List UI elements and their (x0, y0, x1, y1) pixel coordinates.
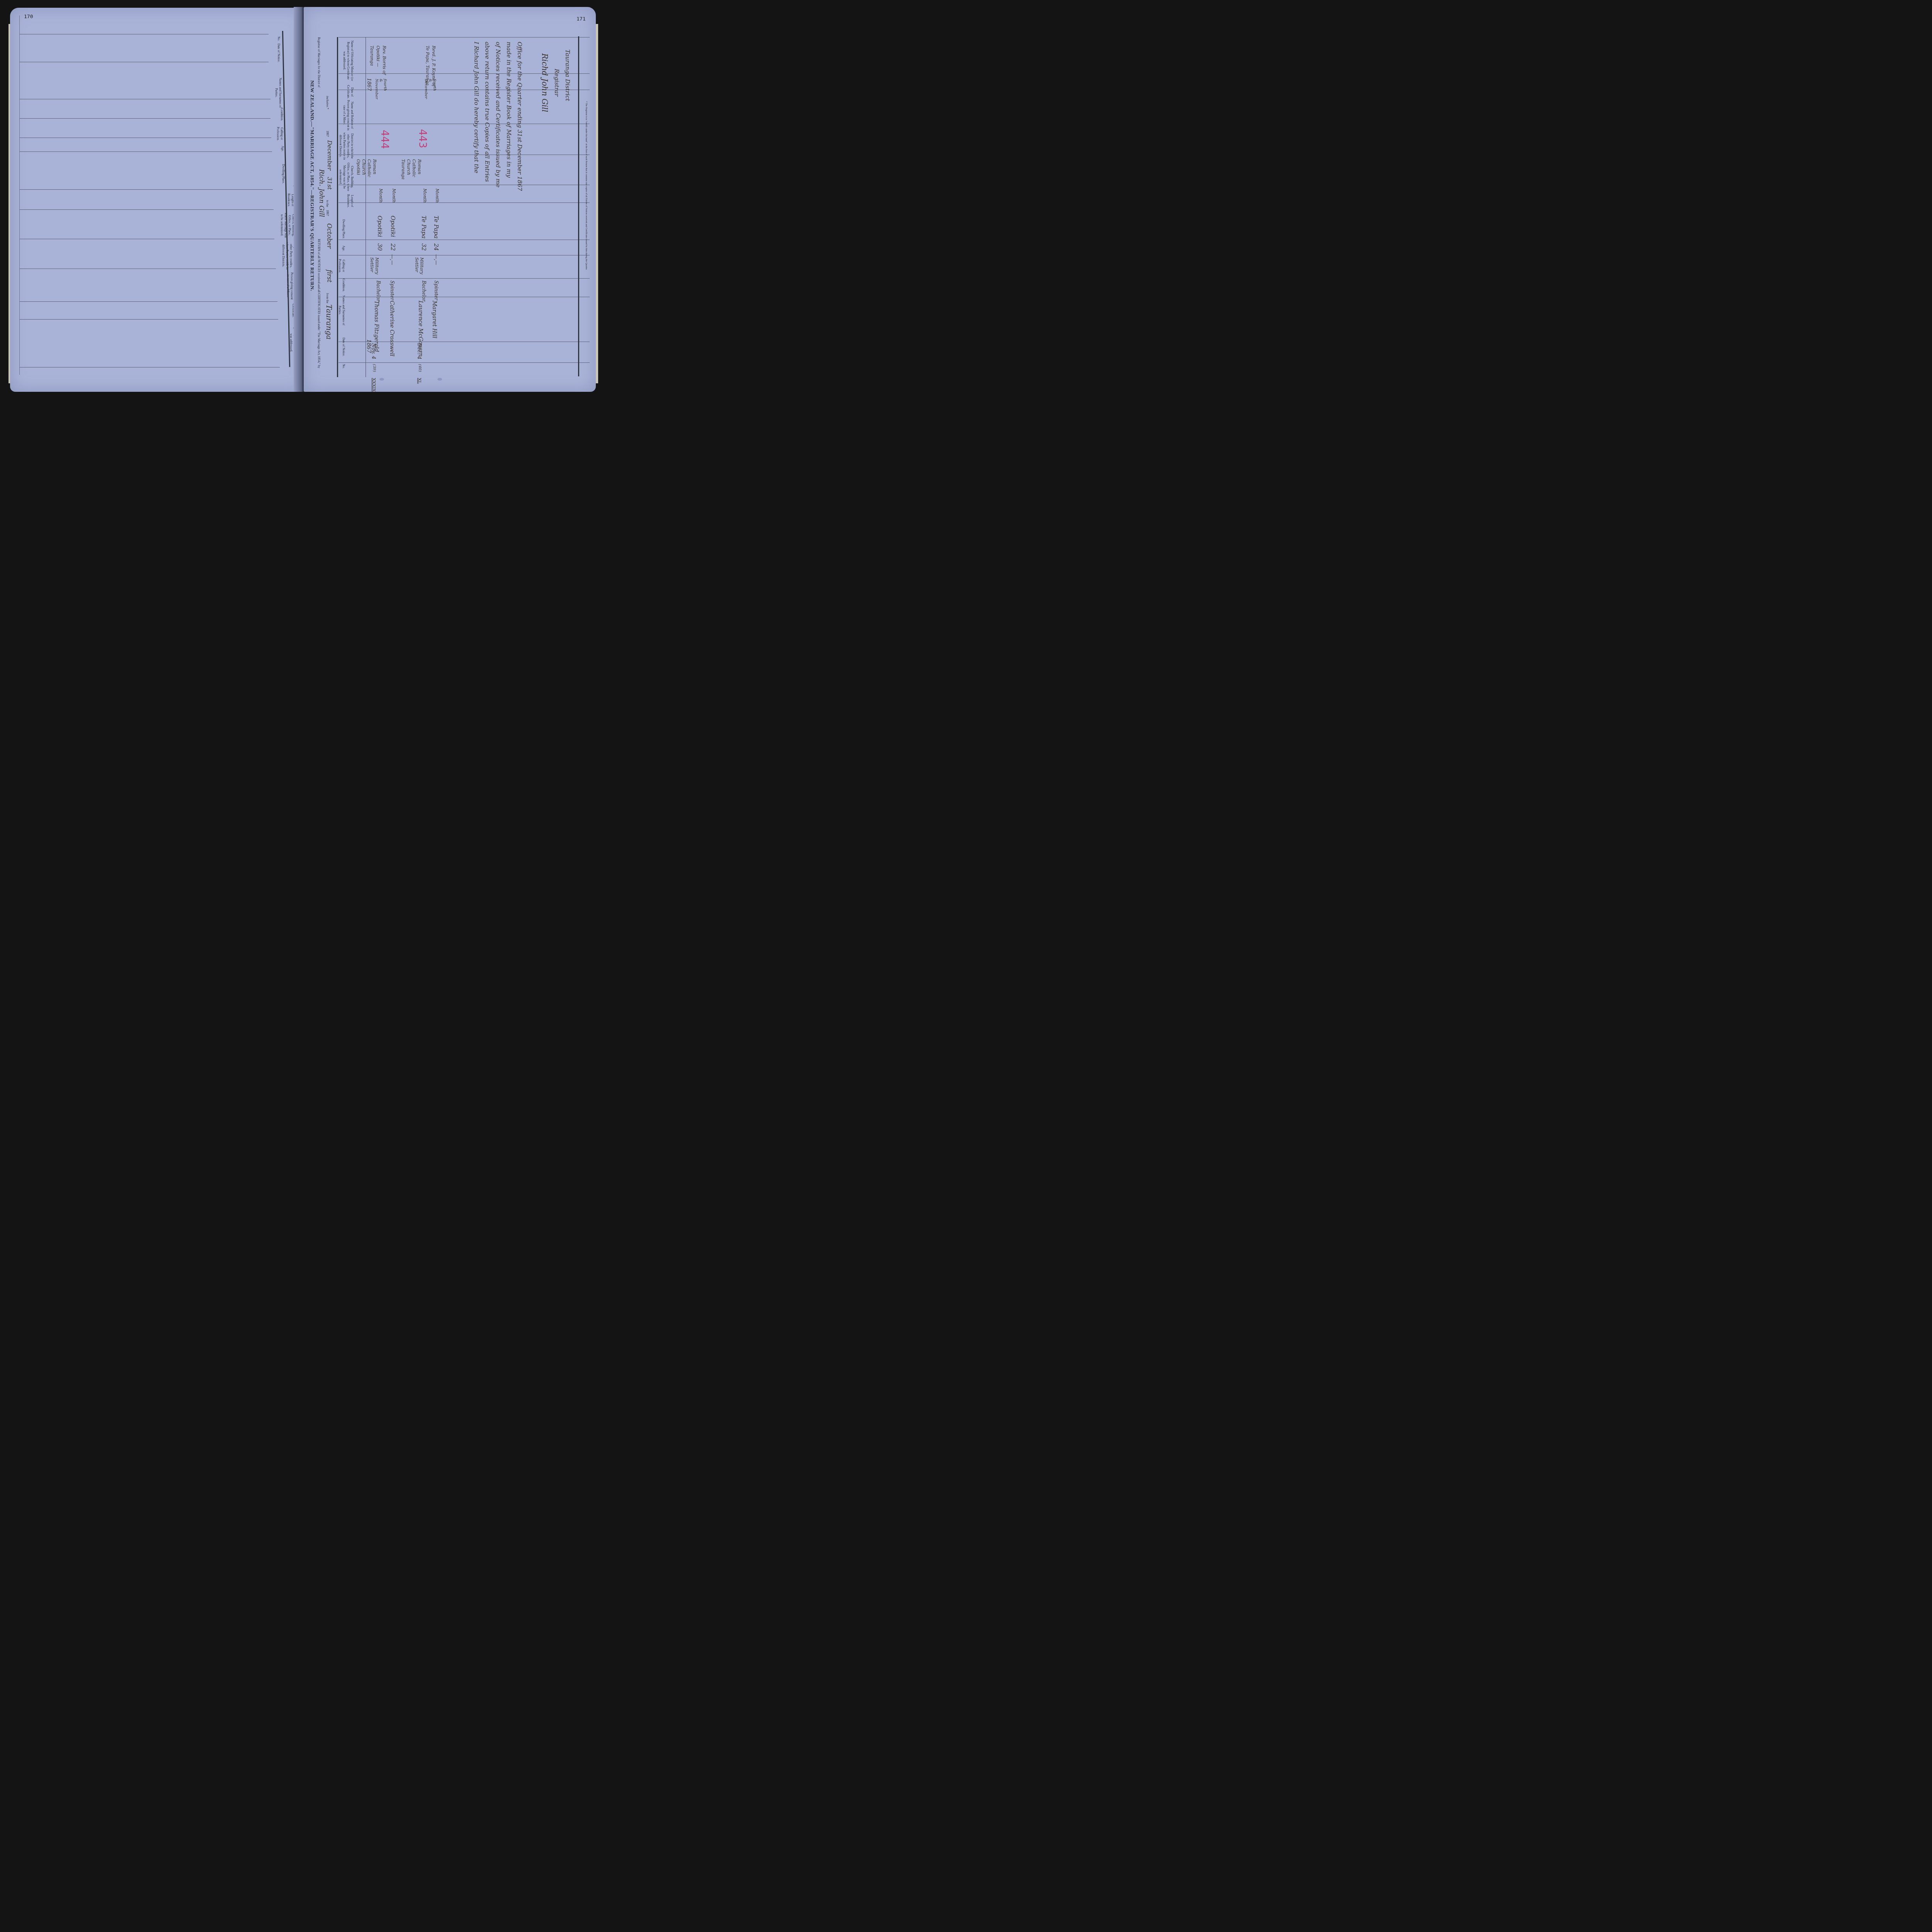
entry-minister: Revd. J. P. Koyne of Te Papa, Tauranga (424, 46, 437, 88)
binding-hole (379, 378, 384, 381)
entry-reg-number: 443 (417, 129, 428, 148)
row-rule (19, 189, 273, 190)
col-header-names: Names and Surnames of Parties. (274, 77, 282, 108)
col-header-calling: Calling or Profession. (338, 254, 345, 277)
binding-hole (437, 378, 442, 381)
margin-rule (19, 15, 20, 375)
inclusive-label: inclusive.* (326, 96, 329, 109)
right-page-title: NEW ZEALAND.—"MARRIAGE ACT, 1854."—REGIS… (309, 80, 315, 291)
entry-party1-dwelling: Te Papa (420, 216, 427, 238)
right-page: 171 NEW ZEALAND.—"MARRIAGE ACT, 1854."—R… (304, 7, 596, 392)
row-rule (19, 209, 274, 210)
entry-party1-condition: Bachelor (376, 281, 381, 301)
column-rule (338, 124, 590, 124)
from-date: first (326, 270, 333, 282)
to-label: to the (326, 200, 329, 207)
to-year: 1867 (326, 131, 329, 137)
from-month: October (326, 223, 333, 249)
entry-church: Roman Catholic Church Tauranga (400, 159, 422, 186)
column-rule (338, 155, 590, 155)
entry-reg-number: 444 (379, 130, 390, 149)
row-rule (19, 319, 278, 320)
entry-minister: Rev. Borris of Opotiki — Tauranga (369, 46, 387, 88)
entry-no: (40) (418, 364, 422, 372)
to-month: December (326, 140, 333, 170)
certification-line-1: I Richard John Gill do hereby certify th… (473, 42, 480, 173)
signature-district: Tauranga District (564, 49, 571, 101)
row-rule (19, 239, 274, 239)
footnote: * The Registrar is to "certify under his… (585, 101, 587, 270)
entry-party1-name: Thomas Fitzgerald (373, 301, 379, 352)
entry-party2-condition: Spinster (434, 281, 439, 300)
registrar-name: Rich. John Gill (318, 169, 325, 217)
row-rule (19, 301, 277, 302)
entry-party2-name: Catherine Crosswell (389, 301, 395, 356)
entry-party2-residence: Month (435, 189, 440, 202)
column-rule (338, 255, 590, 255)
col-header-minister: Name of Officiating Minister (or Registr… (342, 39, 354, 82)
signature-title: Registrar (553, 69, 560, 97)
column-rule (338, 37, 590, 37)
col-header-condition: Condition. (342, 277, 345, 293)
entry-party2-dwelling: Te Papa (433, 216, 440, 238)
entry-party1-calling: Military Settler (414, 257, 424, 281)
entry-party1-residence: Month (422, 189, 427, 202)
page-number-left: 170 (24, 14, 33, 20)
col-header-condition: Condition. (280, 107, 284, 122)
col-header-residence: Length of Residence. (346, 192, 354, 209)
entry-party2-condition: Spinster (389, 281, 395, 300)
col-header-date-of-notice: Date of Notice. (277, 43, 281, 63)
entry-party1-calling: Military Settler (369, 257, 379, 281)
entry-party1-age: 30 (376, 243, 383, 251)
col-header-names: Names and Surnames of Parties. (338, 293, 345, 328)
from-year: 1867 (326, 210, 329, 216)
row-rule (19, 151, 272, 152)
row-rule (19, 62, 269, 62)
entry-party2-dwelling: Opotiki (389, 216, 396, 237)
certification-line-2: above return contains true Copies of all… (484, 42, 491, 182)
from-label: from the (326, 293, 329, 303)
page-number-right: 171 (577, 16, 585, 22)
entry-party1-name: Laurence McGovern (417, 301, 423, 357)
column-rule (338, 202, 590, 203)
right-margin-rule (578, 36, 579, 376)
row-rule (19, 269, 276, 269)
certification-line-4: made in the Register Book of Marriages i… (505, 42, 512, 178)
col-header-dwelling: Dwelling Place. (342, 216, 345, 243)
left-page: 170 No. Date of Notice. Names and Surnam… (10, 8, 305, 392)
entry-party2-calling: —,— (434, 254, 439, 265)
row-rule (19, 367, 280, 367)
col-header-age: Age. (342, 243, 345, 254)
to-date: 31st (326, 177, 333, 190)
row-rule (19, 34, 269, 34)
entry-party2-age: 22 (389, 243, 396, 251)
row-rule (19, 118, 270, 119)
col-header-age: Age. (281, 143, 284, 155)
entry-party2-calling: —,— (389, 254, 395, 265)
certification-line-3: of Notices received and Certificates iss… (495, 42, 502, 187)
col-header-no: No. (342, 359, 345, 374)
col-header-consent: Name and Relation of Person giving conse… (342, 100, 354, 131)
entry-roman-no: XXXIX (371, 378, 376, 392)
col-header-district: District in which the other Party reside… (338, 131, 354, 162)
col-header-cert-date: Date of Certificate. (346, 84, 354, 100)
entry-party1-residence: Month (378, 189, 383, 202)
entry-party1-condition: Bachelor (421, 281, 427, 301)
col-header-date-of-notice: Date of Notice. (342, 337, 345, 357)
entry-party2-residence: Month (391, 189, 396, 202)
entry-church: Roman Catholic Church Opotiki (355, 159, 377, 186)
district-name: Tauranga (325, 304, 333, 340)
entry-party2-age: 24 (433, 243, 440, 251)
return-line: RETURN of all NOTICES received and all C… (317, 239, 321, 368)
col-header-church: Church, Building, Office, or Place, wher… (338, 162, 354, 192)
entry-no: (39) (372, 364, 376, 372)
row-rule (19, 99, 270, 99)
column-rule (338, 240, 590, 240)
entry-party1-age: 32 (420, 243, 427, 251)
entry-party1-dwelling: Opotiki (376, 216, 383, 237)
registrar-of-line: Registrar of Marriages for the District … (317, 37, 321, 87)
certification-line-5: Office for the Quarter ending 31st Decem… (516, 42, 523, 191)
signature: Richd John Gill (540, 53, 549, 112)
col-header-calling: Calling or Profession. (276, 122, 284, 145)
column-rule (338, 362, 590, 363)
entry-party2-name: Margaret Hill (431, 301, 437, 338)
row-rule (19, 138, 271, 138)
entry-roman-no: XL (417, 378, 422, 384)
